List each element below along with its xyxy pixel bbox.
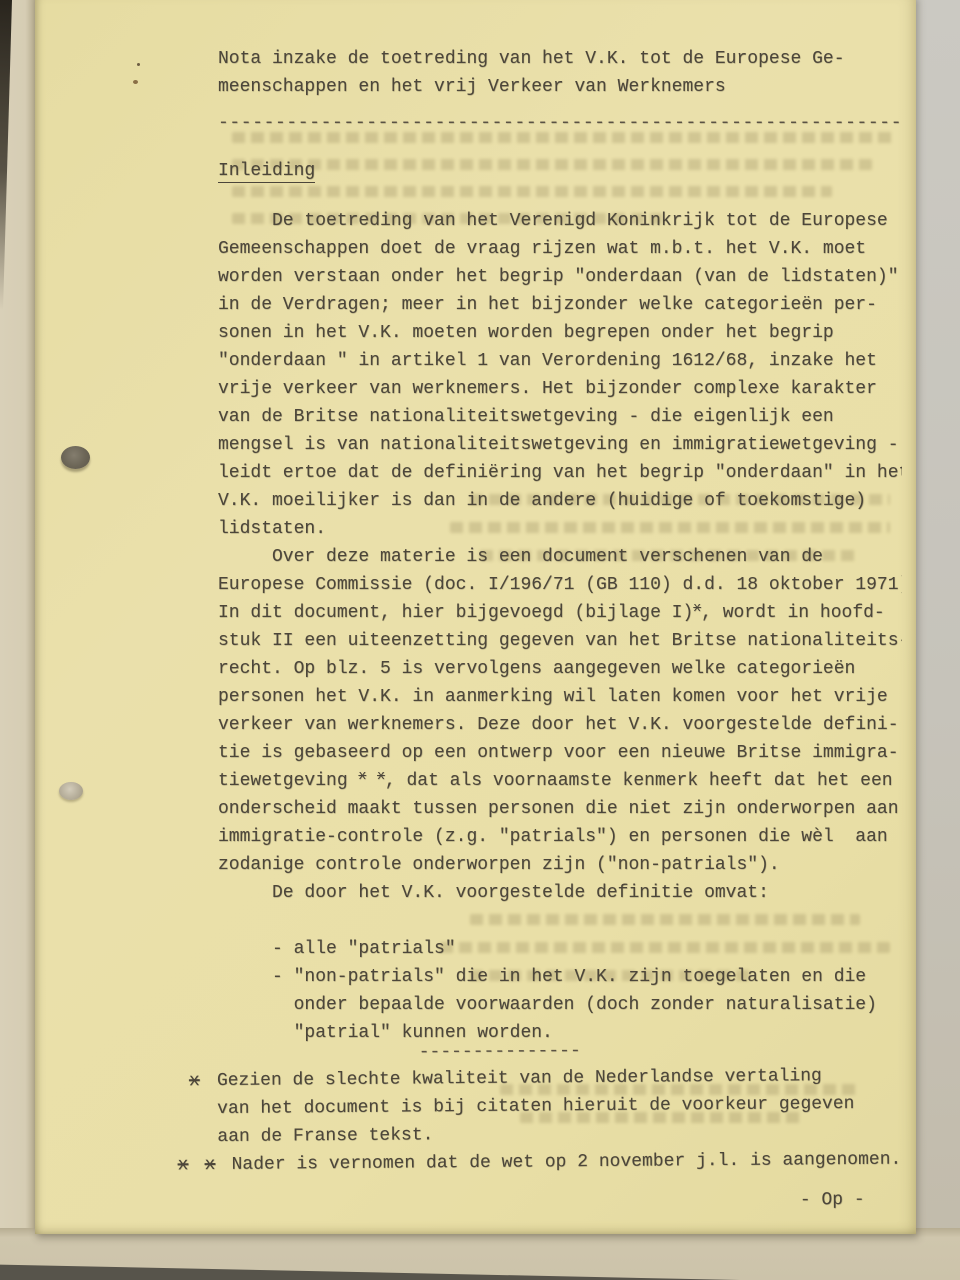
footnote-reference-mark: x: [377, 767, 385, 790]
section-heading: Inleiding: [218, 157, 902, 185]
text-line: zodanige controle onderworpen zijn ("non…: [218, 851, 902, 879]
text-line-with-footnote-ref: In dit document, hier bijgevoegd (bijlag…: [218, 599, 902, 627]
text-line: sonen in het V.K. moeten worden begrepen…: [218, 319, 902, 347]
document-title-line2: meenschappen en het vrij Verkeer van Wer…: [218, 73, 902, 101]
footnote-line: van het document is bij citaten hieruit …: [217, 1090, 901, 1123]
text-segment: , dat als voornaamste kenmerk heeft dat …: [385, 771, 893, 791]
text-line: worden verstaan onder het begrip "onderd…: [218, 263, 902, 291]
paper-speck: [137, 63, 140, 66]
paragraph-3: onderscheid maakt tussen personen die ni…: [218, 795, 902, 907]
typed-content: Nota inzake de toetreding van het V.K. t…: [35, 0, 916, 1219]
footnote-text: Gezien de slechte kwaliteit van de Neder…: [217, 1066, 822, 1091]
list-item-line: - alle "patrials": [218, 935, 902, 963]
punch-hole-mark: [59, 782, 83, 800]
text-line: V.K. moeilijker is dan in de andere (hui…: [218, 487, 902, 515]
footnote-reference-mark: x: [693, 599, 701, 622]
text-line: in de Verdragen; meer in het bijzonder w…: [218, 291, 902, 319]
text-line: "onderdaan " in artikel 1 van Verordenin…: [218, 347, 902, 375]
paragraph-1: De toetreding van het Verenigd Koninkrij…: [218, 207, 902, 599]
text-line: Over deze materie is een document versch…: [218, 543, 902, 571]
section-heading-text: Inleiding: [218, 161, 315, 183]
paragraph-2: stuk II een uiteenzetting gegeven van he…: [218, 627, 902, 767]
text-line: De toetreding van het Verenigd Koninkrij…: [218, 207, 902, 235]
text-line: vrije verkeer van werknemers. Het bijzon…: [218, 375, 902, 403]
document-page: Nota inzake de toetreding van het V.K. t…: [35, 0, 916, 1234]
text-line: van de Britse nationaliteitswetgeving - …: [218, 403, 902, 431]
text-segment: [366, 771, 377, 791]
scan-background-right: [914, 0, 960, 1280]
definition-list: - alle "patrials"- "non-patrials" die in…: [218, 935, 902, 1047]
text-line: stuk II een uiteenzetting gegeven van he…: [218, 627, 902, 655]
title-underline-rule: ----------------------------------------…: [218, 109, 902, 137]
footnote-text: Nader is vernomen dat de wet op 2 novemb…: [231, 1150, 901, 1175]
paper-speck: [133, 80, 138, 84]
text-segment: tiewetgeving: [218, 771, 358, 791]
text-line: lidstaten.: [218, 515, 902, 543]
text-line: tie is gebaseerd op een ontwerp voor een…: [218, 739, 902, 767]
punch-hole-mark: [61, 446, 90, 469]
text-line: immigratie-controle (z.g. "patrials") en…: [218, 823, 902, 851]
footnote-reference-mark: x: [358, 767, 366, 790]
document-title-line1: Nota inzake de toetreding van het V.K. t…: [218, 45, 902, 73]
text-line: leidt ertoe dat de definiëring van het b…: [218, 459, 902, 487]
footnote-2: xxNader is vernomen dat de wet op 2 nove…: [217, 1146, 901, 1179]
list-item-line: onder bepaalde voorwaarden (doch zonder …: [218, 991, 902, 1019]
list-item-line: - "non-patrials" die in het V.K. zijn to…: [218, 963, 902, 991]
text-line: Gemeenschappen doet de vraag rijzen wat …: [218, 235, 902, 263]
scanned-document: Nota inzake de toetreding van het V.K. t…: [0, 0, 960, 1280]
footnote-1: xGezien de slechte kwaliteit van de Nede…: [217, 1062, 902, 1151]
footnote-block: --------------- xGezien de slechte kwali…: [217, 1036, 902, 1219]
text-line: onderscheid maakt tussen personen die ni…: [218, 795, 902, 823]
text-line: verkeer van werknemers. Deze door het V.…: [218, 711, 902, 739]
text-line: mengsel is van nationaliteitswetgeving e…: [218, 431, 902, 459]
text-segment: In dit document, hier bijgevoegd (bijlag…: [218, 603, 693, 623]
text-line-with-footnote-ref: tiewetgeving x x, dat als voornaamste ke…: [218, 767, 902, 795]
text-line: recht. Op blz. 5 is vervolgens aangegeve…: [218, 655, 902, 683]
text-line: De door het V.K. voorgestelde definitie …: [218, 879, 902, 907]
footnote-line: xxNader is vernomen dat de wet op 2 nove…: [231, 1146, 901, 1179]
text-line: personen het V.K. in aanmerking wil late…: [218, 683, 902, 711]
page-continuation-mark: - Op -: [218, 1186, 902, 1219]
text-segment: , wordt in hoofd-: [701, 603, 885, 623]
text-line: Europese Commissie (doc. I/196/71 (GB 11…: [218, 571, 902, 599]
